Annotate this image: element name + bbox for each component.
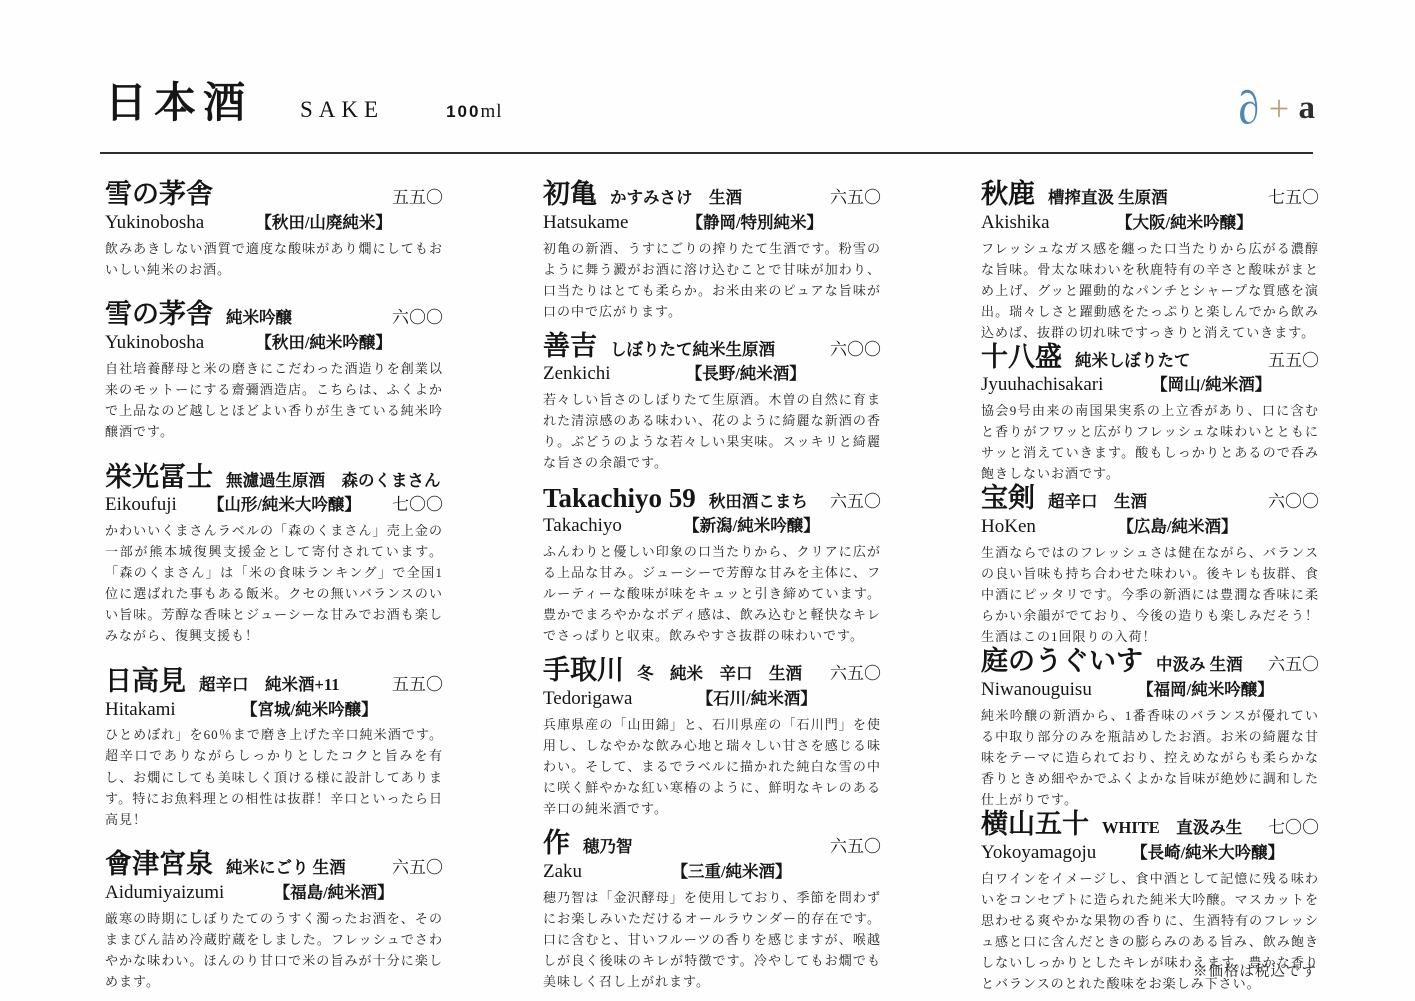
sake-price: 六五〇: [824, 659, 881, 684]
sake-entry: 雪の茅舎純米吟醸六〇〇 Yukinobosha【秋田/純米吟醸】 自社培養酵母と…: [105, 300, 443, 442]
sake-entry: 庭のうぐいす中汲み 生酒六五〇 Niwanouguisu【福岡/純米吟醸】 純米…: [981, 647, 1319, 810]
sake-subtitle: 純米にごり 生酒: [226, 854, 346, 878]
sake-romaji: Akishika: [981, 212, 1050, 234]
sake-entry: 初亀かすみさけ 生酒六五〇 Hatsukame【静岡/特別純米】 初亀の新酒、う…: [543, 180, 881, 322]
sake-description: ふんわりと優しい印象の口当たりから、クリアに広がる上品な甘み。ジューシーで芳醇な…: [543, 541, 881, 646]
sake-name: 會津宮泉: [105, 850, 213, 880]
sake-region: 【三重/純米酒】: [671, 863, 791, 882]
sake-price: 六五〇: [824, 487, 881, 512]
sake-subtitle: 中汲み 生酒: [1156, 651, 1243, 675]
sake-name: 庭のうぐいす: [981, 647, 1143, 677]
page-subtitle: SAKE: [300, 97, 384, 123]
sake-subtitle: 秋田酒こまち: [709, 488, 808, 512]
sake-entry: 善吉しぼりたて純米生原酒六〇〇 Zenkichi【長野/純米酒】 若々しい旨さの…: [543, 332, 881, 474]
sake-name: 日高見: [105, 667, 186, 697]
tax-included-note: ※価格は税込です: [1193, 960, 1317, 981]
sake-romaji: Yokoyamagoju: [981, 842, 1096, 864]
sake-name: 手取川: [543, 656, 624, 686]
sake-subtitle: かすみさけ 生酒: [610, 184, 742, 208]
sake-region: 【新潟/純米吟醸】: [683, 517, 820, 536]
sake-romaji: HoKen: [981, 516, 1036, 538]
sake-entry: 秋鹿槽搾直汲 生原酒七五〇 Akishika【大阪/純米吟醸】 フレッシュなガス…: [981, 180, 1319, 343]
sake-description: 兵庫県産の「山田錦」と、石川県産の「石川門」を使用し、しなやかな飲み心地と瑞々し…: [543, 714, 881, 819]
sake-region: 【広島/純米酒】: [1117, 518, 1237, 537]
sake-name: 十八盛: [981, 343, 1062, 373]
sake-menu: 雪の茅舎五五〇 Yukinobosha【秋田/山廃純米】 飲みあきしない酒質で適…: [0, 154, 1415, 992]
sake-region: 【長野/純米酒】: [686, 365, 806, 384]
sake-region: 【静岡/特別純米】: [686, 214, 823, 233]
sake-entry: 日高見超辛口 純米酒+11五五〇 Hitakami【宮城/純米吟醸】 ひとめぼれ…: [105, 667, 443, 830]
sake-description: 協会9号由来の南国果実系の上立香があり、口に含むと香りがフワッと広がりフレッシュ…: [981, 400, 1319, 484]
sake-romaji: Niwanouguisu: [981, 679, 1092, 701]
sake-entry: 十八盛純米しぼりたて五五〇 Jyuuhachisakari【岡山/純米酒】 協会…: [981, 343, 1319, 485]
sake-description: フレッシュなガス感を纏った口当たりから広がる濃醇な旨味。骨太な味わいを秋鹿特有の…: [981, 238, 1319, 343]
sake-entry: 作穂乃智六五〇 Zaku【三重/純米酒】 穂乃智は「金沢酵母」を使用しており、季…: [543, 829, 881, 992]
sake-name: Takachiyo 59: [543, 484, 696, 514]
sake-name: 初亀: [543, 180, 597, 210]
sake-price: 七〇〇: [1262, 813, 1319, 838]
plus-icon: ＋: [1269, 93, 1290, 123]
sake-romaji: Hatsukame: [543, 212, 628, 234]
sake-price: 五五〇: [1262, 346, 1319, 371]
serving-size-amount: 100: [446, 102, 480, 121]
sake-description: 生酒ならではのフレッシュさは健在ながら、バランスの良い旨味も持ち合わせた味わい。…: [981, 542, 1319, 647]
sake-price: 五五〇: [386, 670, 443, 695]
sake-region: 【山形/純米大吟醸】: [208, 496, 361, 515]
brand-mark-icon: ∂: [1232, 83, 1264, 133]
sake-subtitle: 超辛口 純米酒+11: [199, 671, 340, 695]
page-title: 日本酒: [105, 70, 252, 130]
sake-description: 穂乃智は「金沢酵母」を使用しており、季節を問わずにお楽しみいただけるオールラウン…: [543, 887, 881, 992]
sake-romaji: Takachiyo: [543, 515, 622, 537]
sake-romaji: Eikoufuji: [105, 494, 177, 516]
sake-subtitle: WHITE 直汲み生: [1102, 814, 1242, 838]
sake-description: 若々しい旨さのしぼりたて生原酒。木曽の自然に育まれた清涼感のある味わい、花のよう…: [543, 389, 881, 473]
sake-entry: 栄光冨士無濾過生原酒 森のくまさん Eikoufuji【山形/純米大吟醸】七〇〇…: [105, 463, 443, 647]
sake-romaji: Aidumiyaizumi: [105, 882, 224, 904]
brand-letter: a: [1299, 92, 1316, 125]
sake-subtitle: 無濾過生原酒 森のくまさん: [226, 467, 441, 491]
sake-price-line2: 七〇〇: [392, 495, 443, 515]
sake-name: 宝剣: [981, 484, 1035, 514]
sake-name: 横山五十: [981, 810, 1089, 840]
sake-price: 六五〇: [824, 832, 881, 857]
sake-region: 【石川/純米酒】: [697, 690, 817, 709]
sake-price: 五五〇: [386, 183, 443, 208]
sake-entry: 雪の茅舎五五〇 Yukinobosha【秋田/山廃純米】 飲みあきしない酒質で適…: [105, 180, 443, 280]
serving-size-unit: ml: [480, 101, 502, 122]
sake-region: 【岡山/純米酒】: [1151, 376, 1271, 395]
sake-description: かわいいくまさんラベルの「森のくまさん」売上金の一部が熊本城復興支援金として寄付…: [105, 520, 443, 646]
sake-subtitle: 超辛口 生酒: [1048, 488, 1147, 512]
sake-description: 自社培養酵母と米の磨きにこだわった酒造りを創業以来のモットーにする齋彌酒造店。こ…: [105, 358, 443, 442]
menu-header: 日本酒 SAKE 100ml ∂ ＋ a: [0, 0, 1415, 130]
sake-entry: 宝剣超辛口 生酒六〇〇 HoKen【広島/純米酒】 生酒ならではのフレッシュさは…: [981, 484, 1319, 647]
sake-description: 初亀の新酒、うすにごりの搾りたて生酒です。粉雪のように舞う澱がお酒に溶け込むこと…: [543, 238, 881, 322]
sake-romaji: Hitakami: [105, 699, 176, 721]
sake-name: 栄光冨士: [105, 463, 213, 493]
sake-subtitle: 純米しぼりたて: [1075, 347, 1191, 371]
sake-description: 厳寒の時期にしぼりたてのうすく濁ったお酒を、そのままびん詰め冷蔵貯蔵をしました。…: [105, 908, 443, 992]
sake-subtitle: 冬 純米 辛口 生酒: [637, 660, 802, 684]
sake-name: 雪の茅舎: [105, 180, 213, 210]
sake-name: 雪の茅舎: [105, 300, 213, 330]
sake-romaji: Yukinobosha: [105, 332, 204, 354]
sake-name: 善吉: [543, 332, 597, 362]
sake-price: 六〇〇: [824, 335, 881, 360]
sake-description: 飲みあきしない酒質で適度な酸味があり燗にしてもおいしい純米のお酒。: [105, 238, 443, 280]
sake-description: ひとめぼれ」を60％まで磨き上げた辛口純米酒です。超辛口でありながらしっかりとし…: [105, 724, 443, 829]
sake-romaji: Tedorigawa: [543, 688, 632, 710]
brand-logo: ∂ ＋ a: [1237, 85, 1315, 131]
sake-subtitle: 穂乃智: [583, 833, 633, 857]
sake-romaji: Zenkichi: [543, 363, 611, 385]
sake-price: 六五〇: [824, 183, 881, 208]
sake-region: 【秋田/山廃純米】: [255, 214, 392, 233]
sake-region: 【大阪/純米吟醸】: [1116, 214, 1253, 233]
sake-entry: 手取川冬 純米 辛口 生酒六五〇 Tedorigawa【石川/純米酒】 兵庫県産…: [543, 656, 881, 819]
sake-region: 【福島/純米酒】: [274, 884, 394, 903]
sake-region: 【長崎/純米大吟醸】: [1131, 844, 1284, 863]
sake-region: 【秋田/純米吟醸】: [255, 334, 392, 353]
sake-name: 秋鹿: [981, 180, 1035, 210]
menu-column-1: 雪の茅舎五五〇 Yukinobosha【秋田/山廃純米】 飲みあきしない酒質で適…: [105, 180, 443, 992]
sake-romaji: Zaku: [543, 861, 582, 883]
sake-subtitle: 槽搾直汲 生原酒: [1048, 184, 1168, 208]
sake-price: 六〇〇: [1262, 487, 1319, 512]
sake-region: 【宮城/純米吟醸】: [241, 701, 378, 720]
sake-price: 七五〇: [1262, 183, 1319, 208]
sake-subtitle: しぼりたて純米生原酒: [610, 336, 775, 360]
sake-price: 六五〇: [386, 853, 443, 878]
sake-entry: 會津宮泉純米にごり 生酒六五〇 Aidumiyaizumi【福島/純米酒】 厳寒…: [105, 850, 443, 992]
sake-name: 作: [543, 829, 570, 859]
sake-price: 六〇〇: [386, 303, 443, 328]
sake-entry: Takachiyo 59秋田酒こまち六五〇 Takachiyo【新潟/純米吟醸】…: [543, 484, 881, 647]
sake-subtitle: 純米吟醸: [226, 304, 292, 328]
serving-size: 100ml: [446, 101, 502, 123]
menu-column-2: 初亀かすみさけ 生酒六五〇 Hatsukame【静岡/特別純米】 初亀の新酒、う…: [543, 180, 881, 992]
sake-region: 【福岡/純米吟醸】: [1137, 681, 1274, 700]
sake-price: 六五〇: [1262, 650, 1319, 675]
sake-description: 純米吟醸の新酒から、1番香味のバランスが優れている中取り部分のみを瓶詰めしたお酒…: [981, 705, 1319, 810]
sake-romaji: Jyuuhachisakari: [981, 374, 1103, 396]
menu-column-3: 秋鹿槽搾直汲 生原酒七五〇 Akishika【大阪/純米吟醸】 フレッシュなガス…: [981, 180, 1319, 992]
sake-romaji: Yukinobosha: [105, 212, 204, 234]
